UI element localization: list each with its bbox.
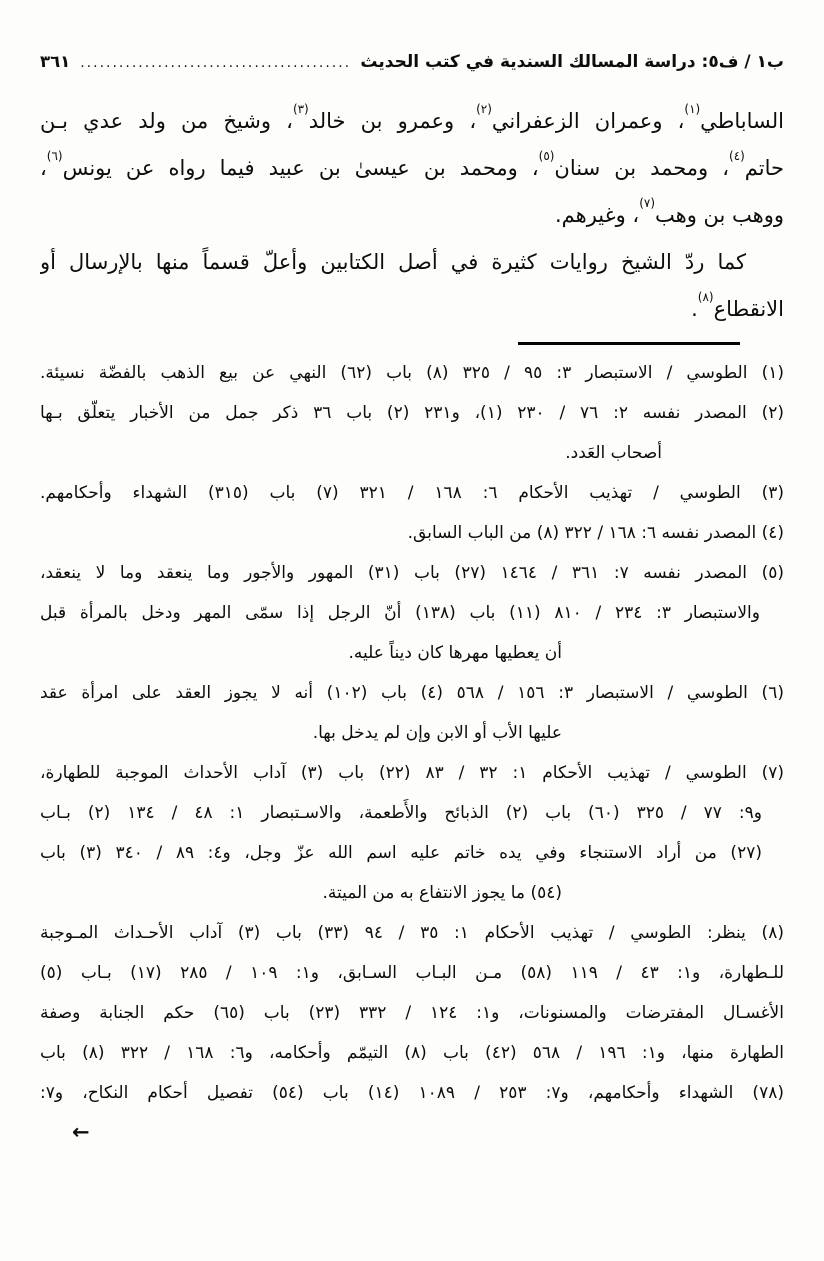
footnote-line: (٨) ينظر: الطوسي / تهذيب الأحكام ١: ٣٥ /… [40, 913, 784, 953]
text-run: الطهارة منها، و١: ١٩٦ / ٥٦٨ (٤٢) باب (٨)… [40, 1043, 784, 1063]
footnote-marker: (١) [684, 102, 700, 116]
footnote-line: (٥٤) ما يجوز الانتفاع به من الميتة. [40, 873, 562, 913]
paragraph-rejected-narrations: كما ردّ الشيخ روايات كثيرة في أصل الكتاب… [40, 239, 784, 333]
running-head: ب١ / ف٥: دراسة المسالك السندية في كتب ال… [40, 52, 784, 72]
text-run: ، ومحمد بن عيسىٰ بن عبيد فيما رواه عن يو… [63, 156, 539, 180]
text-run: ، وعمرو بن خالد [309, 109, 476, 133]
footnote-marker: (٣) [293, 102, 309, 116]
text-run: (٧) الطوسي / تهذيب الأحكام ١: ٣٢ / ٨٣ (٢… [40, 763, 784, 783]
paragraph-narrators: الساباطي(١)، وعمران الزعفراني(٢)، وعمرو … [40, 98, 784, 239]
text-run: (٨) ينظر: الطوسي / تهذيب الأحكام ١: ٣٥ /… [40, 923, 784, 943]
text-run: ، ومحمد بن سنان [554, 156, 729, 180]
body-line: الساباطي(١)، وعمران الزعفراني(٢)، وعمرو … [40, 98, 784, 145]
footnote-line: و٩: ٧٧ / ٣٢٥ (٦٠) باب (٢) الذبائح والأَط… [40, 793, 762, 833]
text-run: (٢٧) من أراد الاستنجاء وفي يده خاتم عليه… [40, 843, 762, 863]
text-run: أن يعطيها مهرها كان ديناً عليه. [348, 643, 562, 663]
footnote-marker: (٤) [729, 149, 745, 163]
page-number: ٣٦١ [40, 52, 70, 71]
text-run: (٥٤) ما يجوز الانتفاع به من الميتة. [322, 883, 562, 903]
text-run: (٥) المصدر نفسه ٧: ٣٦١ / ١٤٦٤ (٢٧) باب (… [40, 563, 784, 583]
text-run: (٢) المصدر نفسه ٢: ٧٦ / ٢٣٠ (١)، و٢٣١ (٢… [40, 403, 784, 423]
text-run: ، وشيخ من ولد عدي بـن [40, 109, 293, 133]
footnote-line: أصحاب العَدد. [40, 433, 662, 473]
text-run: الساباطي [700, 109, 784, 133]
footnote-line: (٥) المصدر نفسه ٧: ٣٦١ / ١٤٦٤ (٢٧) باب (… [40, 553, 784, 593]
text-run: الانقطاع [714, 297, 784, 321]
footnote-line: (١) الطوسي / الاستبصار ٣: ٩٥ / ٣٢٥ (٨) ب… [40, 353, 784, 393]
text-run: كما ردّ الشيخ روايات كثيرة في أصل الكتاب… [40, 250, 746, 274]
footnote-line: والاستبصار ٣: ٢٣٤ / ٨١٠ (١١) باب (١٣٨) أ… [40, 593, 760, 633]
footnote-7: (٧) الطوسي / تهذيب الأحكام ١: ٣٢ / ٨٣ (٢… [40, 753, 784, 913]
text-run: (٣) الطوسي / تهذيب الأحكام ٦: ١٦٨ / ٣٢١ … [40, 483, 784, 503]
book-page: ب١ / ف٥: دراسة المسالك السندية في كتب ال… [0, 0, 824, 1261]
text-run: ، [40, 156, 47, 180]
footnote-5: (٥) المصدر نفسه ٧: ٣٦١ / ١٤٦٤ (٢٧) باب (… [40, 553, 784, 673]
body-line: الانقطاع(٨). [40, 286, 784, 333]
footnote-8: (٨) ينظر: الطوسي / تهذيب الأحكام ١: ٣٥ /… [40, 913, 784, 1113]
footnote-2: (٢) المصدر نفسه ٢: ٧٦ / ٢٣٠ (١)، و٢٣١ (٢… [40, 393, 784, 473]
text-run: الأغسـال المفترضات والمسنونات، و١: ١٢٤ /… [40, 1003, 784, 1023]
text-run: عليها الأب أو الابن وإن لم يدخل بها. [313, 723, 562, 743]
body-line: كما ردّ الشيخ روايات كثيرة في أصل الكتاب… [40, 239, 746, 286]
footnote-line: (٦) الطوسي / الاستبصار ٣: ١٥٦ / ٥٦٨ (٤) … [40, 673, 784, 713]
body-line: حاتم(٤)، ومحمد بن سنان(٥)، ومحمد بن عيسى… [40, 145, 784, 192]
footnote-line: (٤) المصدر نفسه ٦: ١٦٨ / ٣٢٢ (٨) من البا… [40, 513, 784, 553]
footnote-line: الأغسـال المفترضات والمسنونات، و١: ١٢٤ /… [40, 993, 784, 1033]
footnote-marker: (٥) [539, 149, 555, 163]
text-run: والاستبصار ٣: ٢٣٤ / ٨١٠ (١١) باب (١٣٨) أ… [40, 603, 760, 623]
footnote-line: (٢) المصدر نفسه ٢: ٧٦ / ٢٣٠ (١)، و٢٣١ (٢… [40, 393, 784, 433]
footnote-marker: (٢) [476, 102, 492, 116]
text-run: (٤) المصدر نفسه ٦: ١٦٨ / ٣٢٢ (٨) من البا… [408, 523, 784, 543]
footnote-line: عليها الأب أو الابن وإن لم يدخل بها. [40, 713, 562, 753]
footnote-line: (٢٧) من أراد الاستنجاء وفي يده خاتم عليه… [40, 833, 762, 873]
footnote-line: (٧) الطوسي / تهذيب الأحكام ١: ٣٢ / ٨٣ (٢… [40, 753, 784, 793]
text-run: للـطهارة، و١: ٤٣ / ١١٩ (٥٨) مـن البـاب ا… [40, 963, 784, 983]
footnote-marker: (٧) [639, 196, 655, 210]
text-run: ووهب بن وهب [655, 203, 784, 227]
text-run: . [691, 297, 698, 321]
continuation-arrow-icon: ← [72, 1121, 784, 1143]
text-run: (٧٨) الشهداء وأحكامهم، و٧: ٢٥٣ / ١٠٨٩ (١… [40, 1083, 784, 1103]
footnote-line: للـطهارة، و١: ٤٣ / ١١٩ (٥٨) مـن البـاب ا… [40, 953, 784, 993]
footnote-line: (٧٨) الشهداء وأحكامهم، و٧: ٢٥٣ / ١٠٨٩ (١… [40, 1073, 784, 1113]
dot-leader: ........................................… [80, 55, 352, 71]
text-run: (٦) الطوسي / الاستبصار ٣: ١٥٦ / ٥٦٨ (٤) … [40, 683, 784, 703]
main-text: الساباطي(١)، وعمران الزعفراني(٢)، وعمرو … [40, 98, 784, 333]
footnote-separator-rule [518, 342, 740, 345]
footnote-marker: (٨) [698, 290, 714, 304]
footnote-3: (٣) الطوسي / تهذيب الأحكام ٦: ١٦٨ / ٣٢١ … [40, 473, 784, 513]
footnote-line: الطهارة منها، و١: ١٩٦ / ٥٦٨ (٤٢) باب (٨)… [40, 1033, 784, 1073]
footnote-1: (١) الطوسي / الاستبصار ٣: ٩٥ / ٣٢٥ (٨) ب… [40, 353, 784, 393]
text-run: ، وعمران الزعفراني [492, 109, 684, 133]
footnote-line: أن يعطيها مهرها كان ديناً عليه. [40, 633, 562, 673]
text-run: حاتم [745, 156, 784, 180]
text-run: أصحاب العَدد. [565, 443, 662, 463]
text-run: (١) الطوسي / الاستبصار ٣: ٩٥ / ٣٢٥ (٨) ب… [40, 363, 784, 383]
text-run: ، وغيرهم. [555, 203, 639, 227]
footnote-6: (٦) الطوسي / الاستبصار ٣: ١٥٦ / ٥٦٨ (٤) … [40, 673, 784, 753]
footnote-line: (٣) الطوسي / تهذيب الأحكام ٦: ١٦٨ / ٣٢١ … [40, 473, 784, 513]
body-line: ووهب بن وهب(٧)، وغيرهم. [40, 192, 784, 239]
text-run: و٩: ٧٧ / ٣٢٥ (٦٠) باب (٢) الذبائح والأَط… [40, 803, 762, 823]
footnote-4: (٤) المصدر نفسه ٦: ١٦٨ / ٣٢٢ (٨) من البا… [40, 513, 784, 553]
running-head-title: ب١ / ف٥: دراسة المسالك السندية في كتب ال… [360, 52, 784, 72]
footnotes-section: (١) الطوسي / الاستبصار ٣: ٩٥ / ٣٢٥ (٨) ب… [40, 353, 784, 1113]
footnote-marker: (٦) [47, 149, 63, 163]
